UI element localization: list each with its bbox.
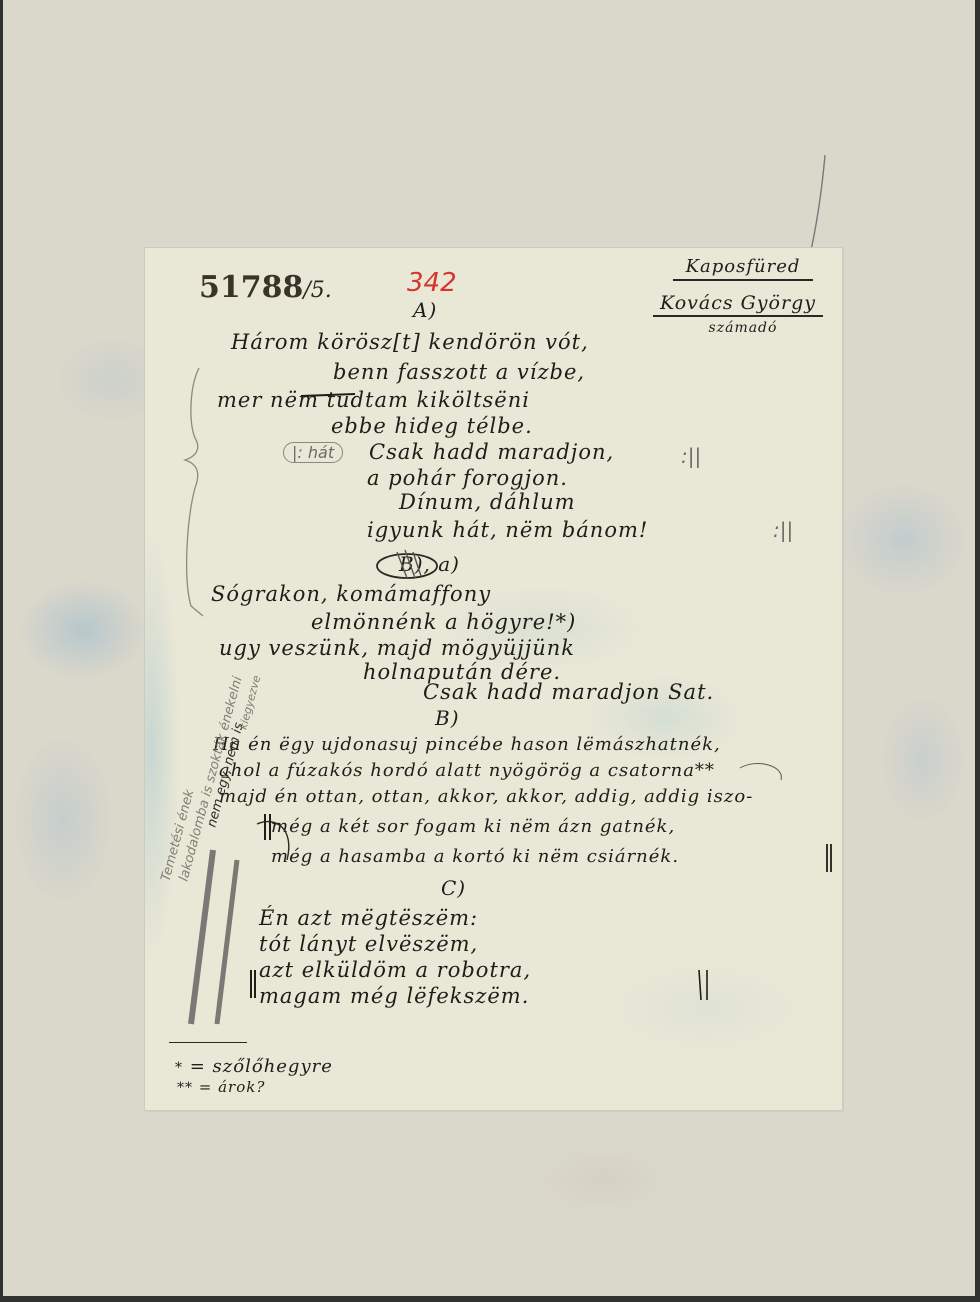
informant-role: számadó	[693, 320, 793, 336]
footnote-text: = árok?	[199, 1078, 266, 1096]
verse-line: Csak hadd maradjon Sat.	[423, 680, 714, 704]
place-name: Kaposfüred	[673, 256, 813, 281]
verse-line: Három körösz[t] kendörön vót,	[231, 330, 589, 354]
verse-line: ebbe hideg télbe.	[331, 414, 533, 438]
verse-line: ahol a fúzakós hordó alatt nyögörög a cs…	[219, 760, 715, 781]
section-c-label: C)	[441, 876, 466, 900]
verse-line: azt elküldöm a robotra,	[259, 958, 531, 982]
verse-line: Ha én ëgy ujdonasuj pincébe hason lëmász…	[213, 734, 721, 755]
red-page-number: 342	[407, 268, 457, 298]
repeat-prefix: hát	[308, 443, 334, 462]
verse-line: a pohár forogjon.	[367, 466, 568, 490]
section-b-label: B)	[435, 706, 460, 730]
verse-line: igyunk hát, nëm bánom!	[367, 518, 648, 542]
verse-line: ugy veszünk, majd mögyüjjünk	[219, 636, 575, 660]
verse-line: mer nëm tudtam kiköltsëni	[217, 388, 530, 412]
mount-board: 51788/5. 342 Kaposfüred Kovács György sz…	[3, 0, 975, 1296]
verse-line: magam még lëfekszëm.	[259, 984, 529, 1008]
footnote-mark: *	[175, 1060, 183, 1076]
repeat-start-mark: |:	[292, 443, 303, 462]
manuscript-sheet: 51788/5. 342 Kaposfüred Kovács György sz…	[145, 248, 842, 1110]
repeat-end-mark: :||	[681, 444, 701, 468]
verse-line: benn fasszott a vízbe,	[333, 360, 585, 384]
verse-line: még a hasamba a kortó ki nëm csiárnék.	[271, 846, 679, 867]
inventory-number: 51788	[199, 270, 303, 305]
verse-line: Sógrakon, komámaffony	[211, 582, 491, 606]
footnote-text: = szőlőhegyre	[190, 1056, 333, 1077]
footnote-mark: **	[177, 1080, 193, 1096]
section-b-a-label: B), a)	[399, 552, 460, 576]
verse-line: Dínum, dáhlum	[399, 490, 576, 514]
inventory-suffix: /5.	[303, 278, 331, 303]
footnote-rule	[169, 1042, 247, 1043]
footnote: * = szőlőhegyre	[175, 1056, 333, 1077]
repeat-prefix-pencil: |: hát	[283, 442, 343, 463]
section-a-label: A)	[413, 298, 437, 322]
verse-line: tót lányt elvëszëm,	[259, 932, 478, 956]
inventory-stamp: 51788/5.	[199, 270, 332, 305]
verse-line: Csak hadd maradjon,	[369, 440, 614, 464]
footnote: ** = árok?	[177, 1078, 265, 1096]
informant-name: Kovács György	[653, 292, 823, 317]
verse-line: még a két sor fogam ki nëm ázn gatnék,	[271, 816, 675, 837]
verse-line: majd én ottan, ottan, akkor, akkor, addi…	[219, 786, 753, 807]
verse-line: Én azt mëgtëszëm:	[259, 906, 478, 930]
repeat-end-mark: :||	[773, 518, 793, 542]
verse-line: elmönnénk a högyre!*)	[311, 610, 576, 634]
